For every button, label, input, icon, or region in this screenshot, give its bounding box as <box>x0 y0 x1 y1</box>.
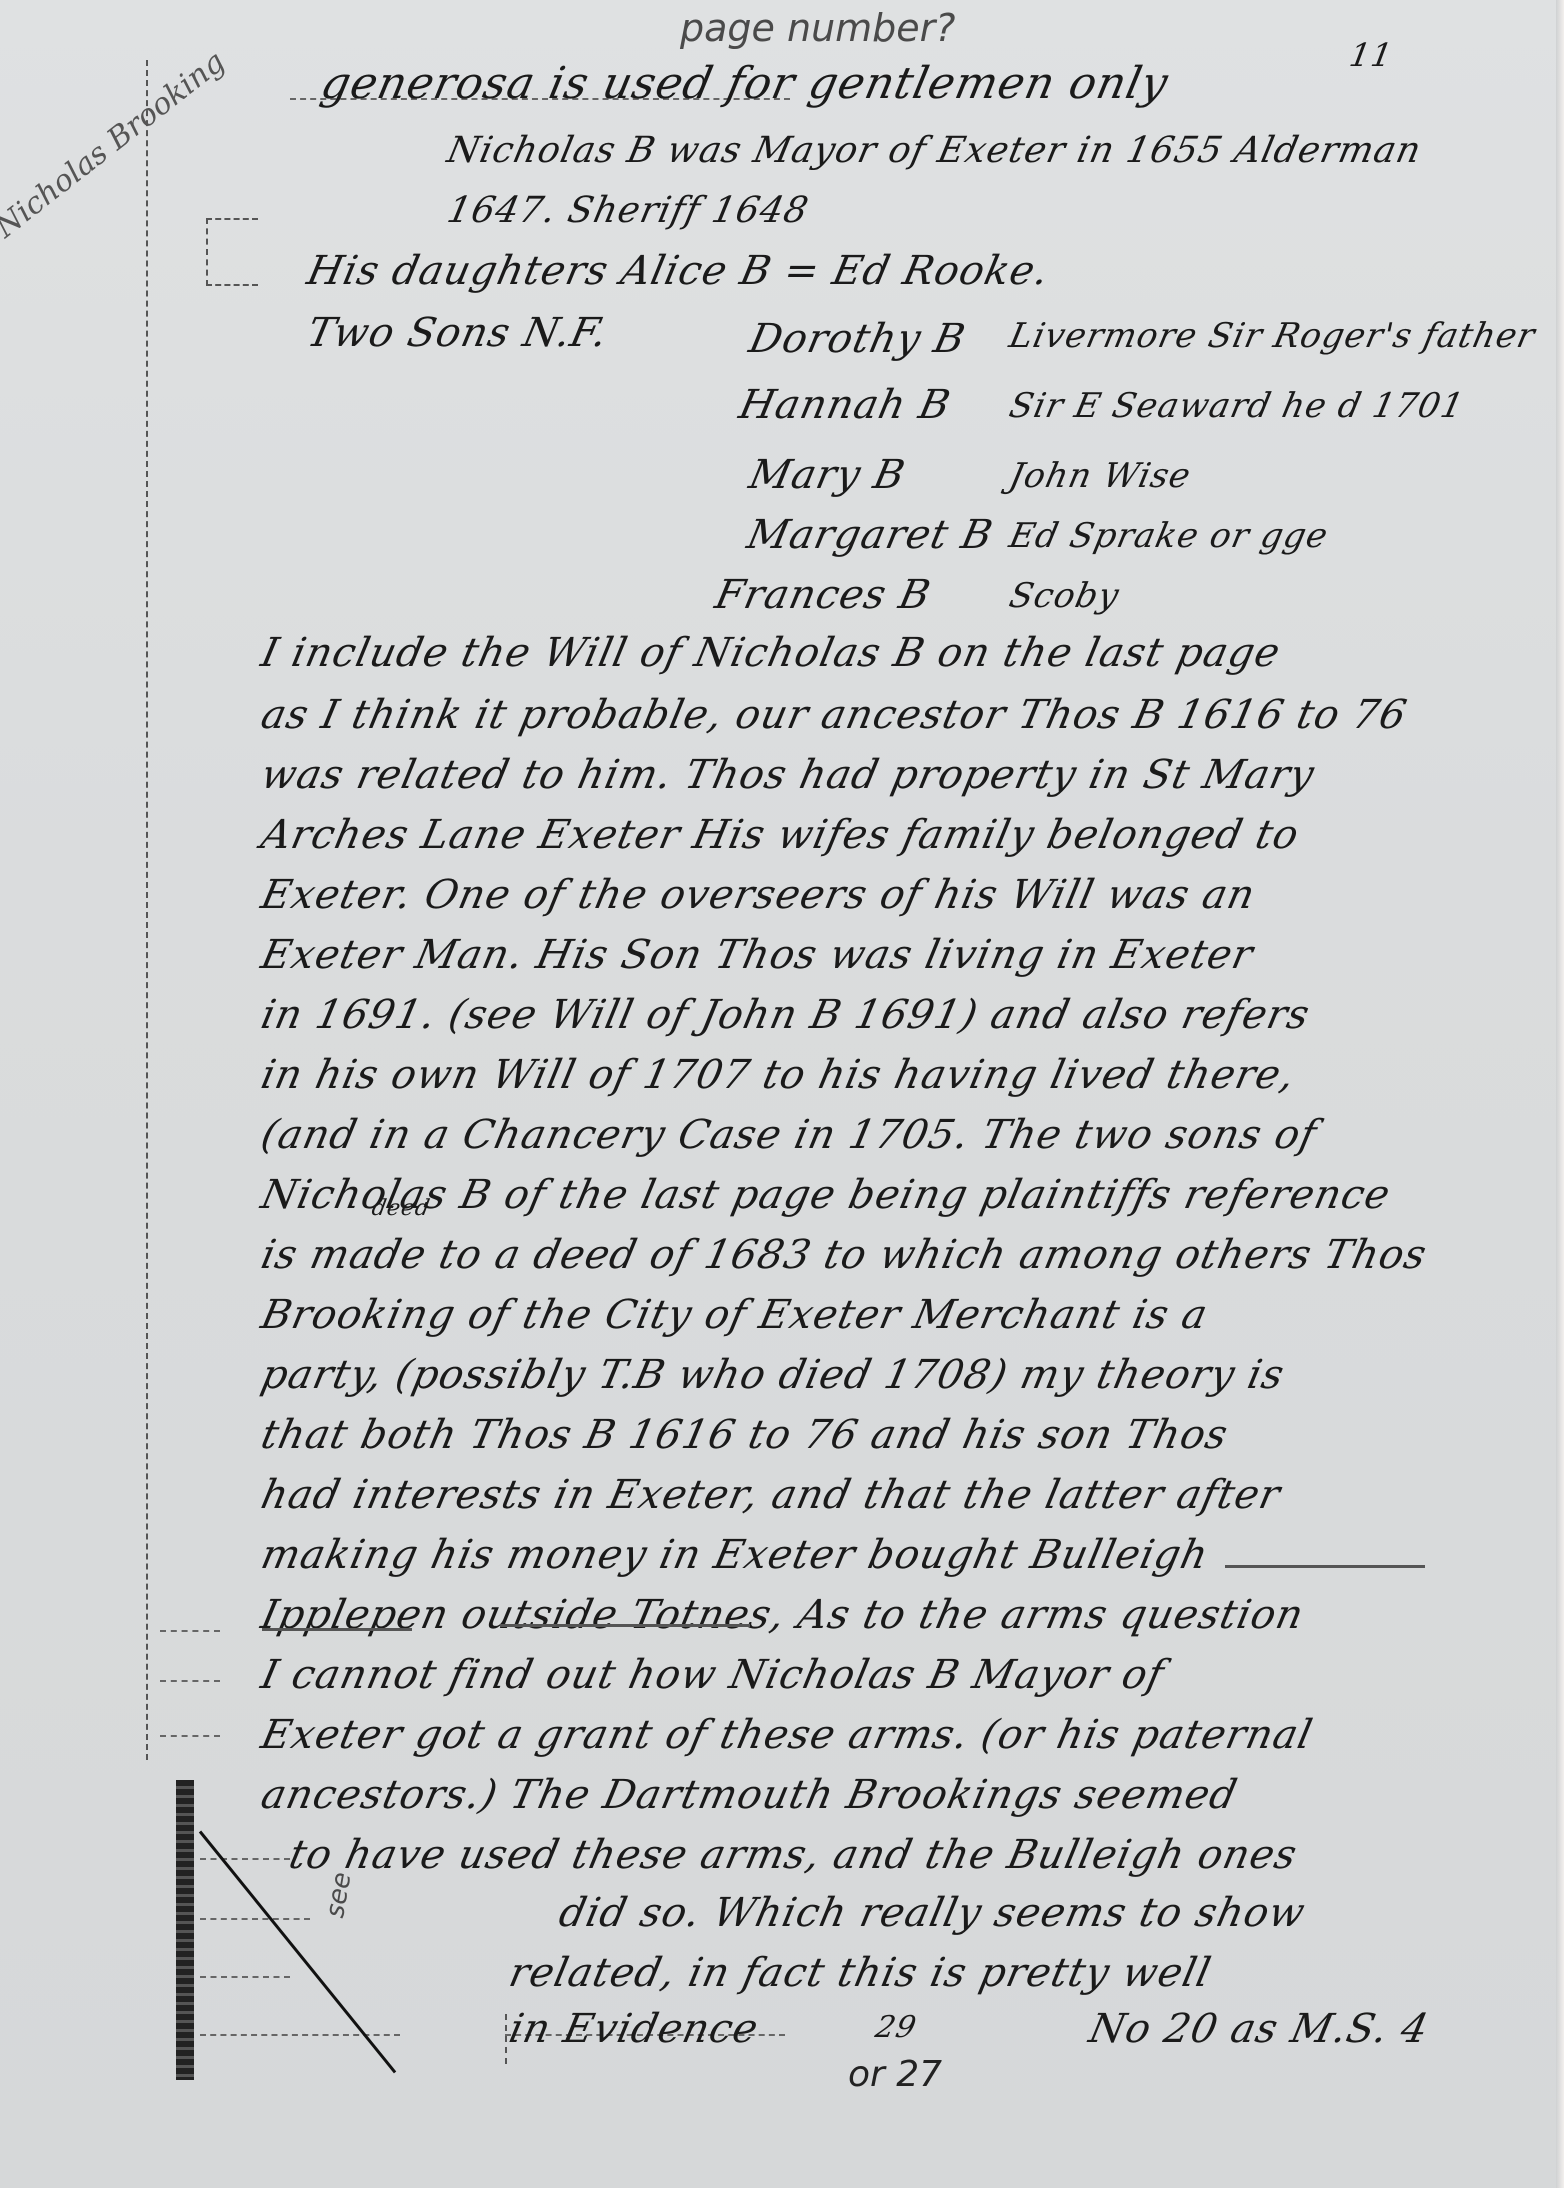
copy-guide-line <box>160 1630 220 1632</box>
underline-bulleigh <box>1225 1565 1425 1568</box>
daughter-name: Dorothy B <box>745 316 970 362</box>
daughter-spouse: Livermore Sir Roger's father <box>1006 316 1539 356</box>
body-line: ancestors.) The Dartmouth Brookings seem… <box>257 1772 1241 1818</box>
body-line: is made to a deed of 1683 to which among… <box>257 1232 1431 1278</box>
copy-guide-line <box>160 1735 220 1737</box>
line-generosa: generosa is used for gentlemen only <box>317 58 1173 109</box>
body-line: (and in a Chancery Case in 1705. The two… <box>257 1112 1321 1158</box>
copy-guide-line <box>160 1680 220 1682</box>
daughter-name: Margaret B <box>743 512 997 558</box>
body-line: did so. Which really seems to show <box>555 1890 1309 1936</box>
line-mayor: Nicholas B was Mayor of Exeter in 1655 A… <box>444 130 1426 171</box>
body-line: making his money in Exeter bought Bullei… <box>257 1532 1213 1578</box>
underline-ipplepen <box>262 1628 412 1631</box>
line-sheriff: 1647. Sheriff 1648 <box>444 190 813 231</box>
daughter-name: Frances B <box>711 572 935 618</box>
page-number-mark: 11 <box>1347 36 1396 74</box>
body-line: Arches Lane Exeter His wifes family belo… <box>257 812 1303 858</box>
paper-edge <box>1556 0 1564 2188</box>
copy-guide-line <box>146 60 148 1760</box>
daughter-spouse: Scoby <box>1006 576 1123 616</box>
copy-guide-line <box>200 1918 310 1920</box>
inserted-word: deed <box>370 1196 433 1221</box>
page-reference: 29 <box>872 2010 920 2045</box>
body-line: party, (possibly T.B who died 1708) my t… <box>257 1352 1289 1398</box>
body-line: in 1691. (see Will of John B 1691) and a… <box>257 992 1314 1038</box>
daughter-spouse: Ed Sprake or gge <box>1006 516 1332 556</box>
copy-edge-shadow <box>176 1780 194 2080</box>
body-line: related, in fact this is pretty well <box>505 1950 1215 1996</box>
daughter-spouse: John Wise <box>1006 456 1195 496</box>
margin-note-name: Nicholas Brooking <box>0 44 232 245</box>
sons-label: Two Sons N.F. <box>303 310 612 356</box>
body-line: Exeter got a grant of these arms. (or hi… <box>257 1712 1317 1758</box>
body-line: was related to him. Thos had property in… <box>257 752 1319 798</box>
line-daughters: His daughters Alice B = Ed Rooke. <box>303 248 1053 294</box>
body-line: had interests in Exeter, and that the la… <box>257 1472 1285 1518</box>
body-line: as I think it probable, our ancestor Tho… <box>257 692 1411 738</box>
copy-guide-line <box>200 1858 290 1860</box>
document-page: page number? 11 Nicholas Brooking see ge… <box>0 0 1564 2188</box>
page-reference-alt: or 27 <box>848 2054 942 2095</box>
copy-guide-line <box>200 1976 290 1978</box>
body-line: in Evidence <box>505 2006 763 2052</box>
body-line: Exeter Man. His Son Thos was living in E… <box>257 932 1257 978</box>
body-line: that both Thos B 1616 to 76 and his son … <box>257 1412 1232 1458</box>
manuscript-reference: No 20 as M.S. 4 <box>1085 2006 1433 2052</box>
daughter-spouse: Sir E Seaward he d 1701 <box>1006 386 1468 426</box>
body-line: in his own Will of 1707 to his having li… <box>257 1052 1299 1098</box>
body-line: I cannot find out how Nicholas B Mayor o… <box>257 1652 1168 1698</box>
body-line: Ipplepen outside Totnes, As to the arms … <box>257 1592 1308 1638</box>
body-line: Exeter. One of the overseers of his Will… <box>257 872 1259 918</box>
underline-totnes <box>500 1624 750 1627</box>
copy-bracket <box>206 218 258 286</box>
body-line: Brooking of the City of Exeter Merchant … <box>257 1292 1212 1338</box>
daughter-name: Hannah B <box>735 382 955 428</box>
copy-guide-line <box>200 2034 400 2036</box>
body-line: to have used these arms, and the Bulleig… <box>285 1832 1301 1878</box>
pencil-note-page-number: page number? <box>680 6 955 50</box>
daughter-name: Mary B <box>745 452 909 498</box>
body-line: I include the Will of Nicholas B on the … <box>257 630 1285 676</box>
